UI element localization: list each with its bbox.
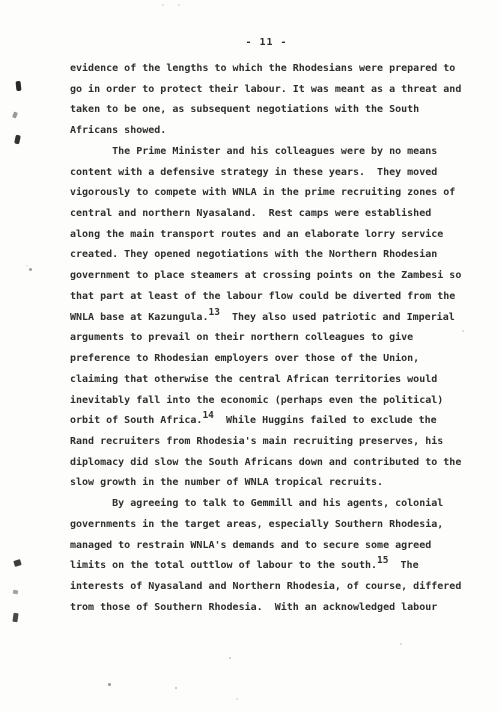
text-segment: governments in the target areas, especia… xyxy=(70,519,443,530)
text-line: governments in the target areas, especia… xyxy=(70,515,480,536)
text-line: orbit of South Africa.14 While Huggins f… xyxy=(70,411,480,432)
text-line: preference to Rhodesian employers over t… xyxy=(70,349,480,370)
text-line: Rand recruiters from Rhodesia's main rec… xyxy=(70,432,480,453)
text-line: content with a defensive strategy in the… xyxy=(70,163,480,184)
text-line: diplomacy did slow the South Africans do… xyxy=(70,453,480,474)
text-line: inevitably fall into the economic (perha… xyxy=(70,391,480,412)
text-line: taken to be one, as subsequent negotiati… xyxy=(70,100,480,121)
text-segment: that part at least of the labour flow co… xyxy=(70,291,455,302)
margin-ink-mark xyxy=(14,135,21,145)
text-line: go in order to protect their labour. It … xyxy=(70,80,480,101)
scan-speckle xyxy=(26,265,28,267)
text-segment: diplomacy did slow the South Africans do… xyxy=(70,457,461,468)
text-segment: managed to restrain WNLA's demands and t… xyxy=(70,540,431,551)
text-line: created. They opened negotiations with t… xyxy=(70,245,480,266)
text-segment: While Huggins failed to exclude the xyxy=(214,415,437,426)
text-segment: vigorously to compete with WNLA in the p… xyxy=(70,187,455,198)
text-line: claiming that otherwise the central Afri… xyxy=(70,370,480,391)
scan-speckle xyxy=(175,687,177,689)
text-segment: created. They opened negotiations with t… xyxy=(70,249,437,260)
text-line: along the main transport routes and an e… xyxy=(70,225,480,246)
text-line: WNLA base at Kazungula.13 They also used… xyxy=(70,308,480,329)
text-line: vigorously to compete with WNLA in the p… xyxy=(70,183,480,204)
text-line: slow growth in the number of WNLA tropic… xyxy=(70,473,480,494)
text-segment: limits on the total outtlow of labour to… xyxy=(70,560,377,571)
superscript-footnote-ref: 14 xyxy=(202,410,213,421)
text-segment: By agreeing to talk to Gemmill and his a… xyxy=(70,498,443,509)
text-segment: The xyxy=(389,560,419,571)
scan-speckle xyxy=(178,4,180,6)
text-segment: claiming that otherwise the central Afri… xyxy=(70,374,437,385)
text-line: government to place steamers at crossing… xyxy=(70,266,480,287)
text-segment: central and northern Nyasaland. Rest cam… xyxy=(70,208,431,219)
text-line: The Prime Minister and his colleagues we… xyxy=(70,142,480,163)
scan-speckle xyxy=(236,698,238,700)
scan-speckle xyxy=(108,683,111,686)
scan-speckle xyxy=(162,4,164,6)
text-segment: arguments to prevail on their northern c… xyxy=(70,332,413,343)
text-line: central and northern Nyasaland. Rest cam… xyxy=(70,204,480,225)
text-line: By agreeing to talk to Gemmill and his a… xyxy=(70,494,480,515)
text-segment: trom those of Southern Rhodesia. With an… xyxy=(70,602,437,613)
scan-speckle xyxy=(400,643,402,645)
margin-ink-mark xyxy=(13,590,19,595)
margin-ink-mark xyxy=(12,613,18,623)
text-segment: interests of Nyasaland and Northern Rhod… xyxy=(70,581,461,592)
superscript-footnote-ref: 13 xyxy=(208,307,219,318)
text-line: limits on the total outtlow of labour to… xyxy=(70,556,480,577)
text-line: interests of Nyasaland and Northern Rhod… xyxy=(70,577,480,598)
text-segment: inevitably fall into the economic (perha… xyxy=(70,395,443,406)
scan-speckle xyxy=(462,330,464,332)
text-line: that part at least of the labour flow co… xyxy=(70,287,480,308)
page-number: - 11 - xyxy=(70,37,463,48)
text-segment: evidence of the lengths to which the Rho… xyxy=(70,63,455,74)
text-segment: along the main transport routes and an e… xyxy=(70,229,443,240)
text-segment: preference to Rhodesian employers over t… xyxy=(70,353,419,364)
text-segment: Rand recruiters from Rhodesia's main rec… xyxy=(70,436,443,447)
margin-ink-mark xyxy=(15,81,21,91)
text-segment: content with a defensive strategy in the… xyxy=(70,167,437,178)
text-line: evidence of the lengths to which the Rho… xyxy=(70,59,480,80)
page-body: evidence of the lengths to which the Rho… xyxy=(70,59,480,618)
text-segment: They also used patriotic and Imperial xyxy=(220,312,455,323)
text-segment: orbit of South Africa. xyxy=(70,415,202,426)
document-page: - 11 - evidence of the lengths to which … xyxy=(0,0,500,711)
text-segment: slow growth in the number of WNLA tropic… xyxy=(70,477,383,488)
scan-speckle xyxy=(229,657,231,659)
text-segment: go in order to protect their labour. It … xyxy=(70,84,461,95)
scan-speckle xyxy=(29,268,32,271)
margin-ink-mark xyxy=(12,111,18,118)
margin-ink-mark xyxy=(13,559,22,567)
text-segment: government to place steamers at crossing… xyxy=(70,270,461,281)
text-line: Africans showed. xyxy=(70,121,480,142)
text-line: trom those of Southern Rhodesia. With an… xyxy=(70,598,480,619)
superscript-footnote-ref: 15 xyxy=(377,555,388,566)
text-line: managed to restrain WNLA's demands and t… xyxy=(70,536,480,557)
text-segment: taken to be one, as subsequent negotiati… xyxy=(70,104,419,115)
text-segment: The Prime Minister and his colleagues we… xyxy=(70,146,437,157)
text-segment: WNLA base at Kazungula. xyxy=(70,312,208,323)
text-segment: Africans showed. xyxy=(70,125,166,136)
text-line: arguments to prevail on their northern c… xyxy=(70,328,480,349)
